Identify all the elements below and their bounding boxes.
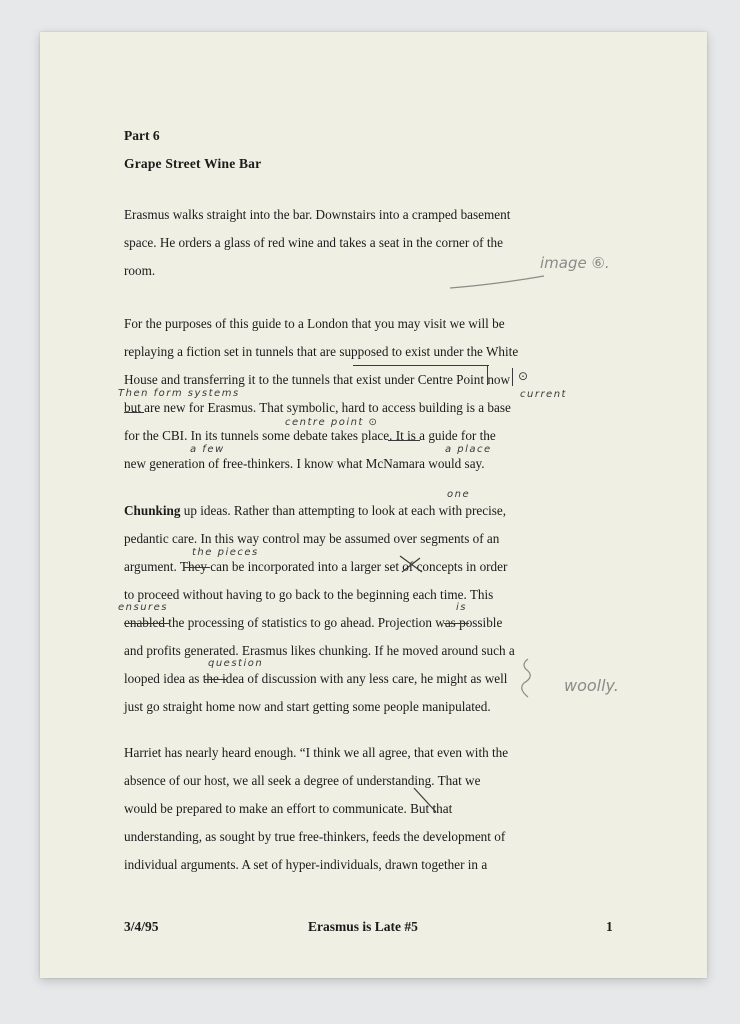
edit-bracket bbox=[353, 365, 489, 366]
text-line: argument. They can be incorporated into … bbox=[124, 559, 507, 575]
ink-note-current: current bbox=[520, 389, 567, 400]
footer-title: Erasmus is Late #5 bbox=[308, 919, 418, 935]
strike-mark bbox=[444, 623, 469, 624]
text-line: for the CBI. In its tunnels some debate … bbox=[124, 428, 496, 444]
strike-mark bbox=[388, 440, 420, 441]
pencil-line-icon bbox=[448, 254, 548, 294]
document-page: Part 6 Grape Street Wine Bar Erasmus wal… bbox=[40, 32, 707, 978]
edit-bracket bbox=[487, 365, 488, 385]
text-line: just go straight home now and start gett… bbox=[124, 699, 491, 715]
wavy-bracket-icon bbox=[516, 657, 536, 701]
text-line: would be prepared to make an effort to c… bbox=[124, 801, 452, 817]
bold-term-chunking: Chunking bbox=[124, 503, 180, 518]
text-line: Chunking up ideas. Rather than attemptin… bbox=[124, 503, 506, 519]
text-line: to proceed without having to go back to … bbox=[124, 587, 493, 603]
text-line: For the purposes of this guide to a Lond… bbox=[124, 316, 505, 332]
ink-note-question: question bbox=[208, 658, 263, 669]
text-line: room. bbox=[124, 263, 155, 279]
text-line: replaying a fiction set in tunnels that … bbox=[124, 344, 518, 360]
pencil-note-image: image ⑥. bbox=[540, 254, 610, 272]
section-title: Grape Street Wine Bar bbox=[124, 156, 261, 172]
text-line: Erasmus walks straight into the bar. Dow… bbox=[124, 207, 510, 223]
strike-mark bbox=[124, 623, 169, 624]
text-line: and profits generated. Erasmus likes chu… bbox=[124, 643, 515, 659]
ink-note-centre-point: centre point ⊙ bbox=[285, 417, 378, 428]
ink-note-a-few: a few bbox=[190, 444, 225, 455]
part-label: Part 6 bbox=[124, 128, 160, 144]
footer-date: 3/4/95 bbox=[124, 919, 159, 935]
text-line: looped idea as the idea of discussion wi… bbox=[124, 671, 507, 687]
strike-mark bbox=[124, 412, 144, 413]
text-line: but are new for Erasmus. That symbolic, … bbox=[124, 400, 511, 416]
ink-note-then-form-systems: Then form systems bbox=[118, 388, 240, 399]
pencil-note-woolly: woolly. bbox=[564, 676, 619, 695]
ink-note-one: one bbox=[447, 489, 470, 500]
text-line: new generation of free-thinkers. I know … bbox=[124, 456, 485, 472]
text-line: House and transferring it to the tunnels… bbox=[124, 372, 510, 388]
ink-note-ensures: ensures bbox=[118, 602, 168, 613]
ink-note-a-place: a place bbox=[445, 444, 492, 455]
edit-bracket bbox=[512, 368, 513, 386]
delete-mark-icon bbox=[412, 786, 440, 816]
text-line: individual arguments. A set of hyper-ind… bbox=[124, 857, 487, 873]
ink-note-the-pieces: the pieces bbox=[192, 547, 259, 558]
circle-mark-icon: ⊙ bbox=[518, 369, 530, 383]
delete-mark-icon bbox=[398, 554, 424, 574]
text-line: understanding, as sought by true free-th… bbox=[124, 829, 505, 845]
text-line: pedantic care. In this way control may b… bbox=[124, 531, 499, 547]
text-line: Harriet has nearly heard enough. “I thin… bbox=[124, 745, 508, 761]
footer-page-number: 1 bbox=[606, 919, 613, 935]
text-line: space. He orders a glass of red wine and… bbox=[124, 235, 503, 251]
strike-mark bbox=[184, 567, 210, 568]
strike-mark bbox=[205, 679, 227, 680]
ink-note-is: is bbox=[456, 602, 467, 613]
